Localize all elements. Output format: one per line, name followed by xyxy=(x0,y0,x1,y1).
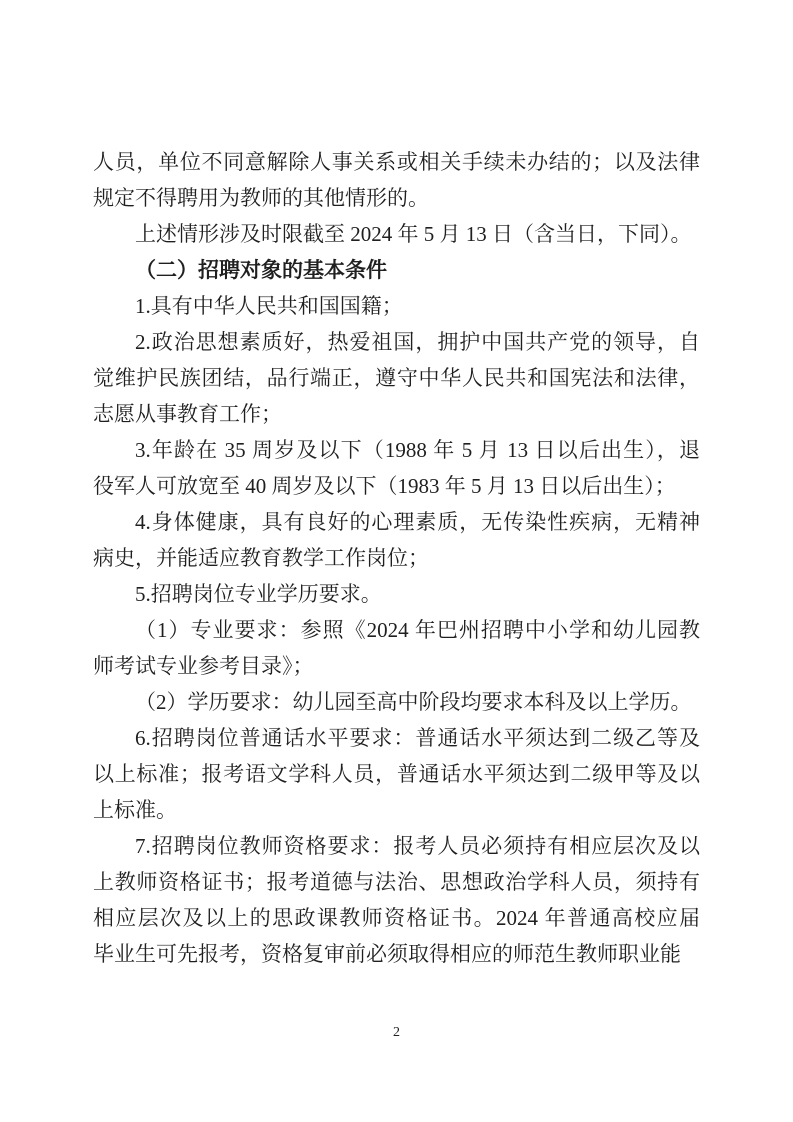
paragraph: 1.具有中华人民共和国国籍； xyxy=(93,288,700,324)
text-line: 6.招聘岗位普通话水平要求：普通话水平须达到二级乙等及 xyxy=(93,720,700,756)
text-line: 3.年龄在 35 周岁及以下（1988 年 5 月 13 日以后出生），退 xyxy=(93,432,700,468)
text-line: 觉维护民族团结，品行端正，遵守中华人民共和国宪法和法律， xyxy=(93,360,700,396)
text-line: 上教师资格证书；报考道德与法治、思想政治学科人员，须持有 xyxy=(93,864,700,900)
text-line: 相应层次及以上的思政课教师资格证书。2024 年普通高校应届 xyxy=(93,900,700,936)
text-content: 人员，单位不同意解除人事关系或相关手续未办结的；以及法律规定不得聘用为教师的其他… xyxy=(93,144,700,972)
text-line: （2）学历要求：幼儿园至高中阶段均要求本科及以上学历。 xyxy=(93,684,700,720)
paragraph: 7.招聘岗位教师资格要求：报考人员必须持有相应层次及以上教师资格证书；报考道德与… xyxy=(93,828,700,972)
text-line: 病史，并能适应教育教学工作岗位； xyxy=(93,540,700,576)
text-line: 7.招聘岗位教师资格要求：报考人员必须持有相应层次及以 xyxy=(93,828,700,864)
text-line: 人员，单位不同意解除人事关系或相关手续未办结的；以及法律 xyxy=(93,144,700,180)
paragraph: 6.招聘岗位普通话水平要求：普通话水平须达到二级乙等及以上标准；报考语文学科人员… xyxy=(93,720,700,828)
paragraph: 4.身体健康，具有良好的心理素质，无传染性疾病，无精神病史，并能适应教育教学工作… xyxy=(93,504,700,576)
paragraph: 上述情形涉及时限截至 2024 年 5 月 13 日（含当日，下同）。 xyxy=(93,216,700,252)
text-line: 上述情形涉及时限截至 2024 年 5 月 13 日（含当日，下同）。 xyxy=(93,216,700,252)
text-line: 规定不得聘用为教师的其他情形的。 xyxy=(93,180,700,216)
text-line: 志愿从事教育工作； xyxy=(93,396,700,432)
text-line: 2.政治思想素质好，热爱祖国，拥护中国共产党的领导，自 xyxy=(93,324,700,360)
text-line: 4.身体健康，具有良好的心理素质，无传染性疾病，无精神 xyxy=(93,504,700,540)
paragraph: （2）学历要求：幼儿园至高中阶段均要求本科及以上学历。 xyxy=(93,684,700,720)
paragraph: 3.年龄在 35 周岁及以下（1988 年 5 月 13 日以后出生），退役军人… xyxy=(93,432,700,504)
paragraph: （二）招聘对象的基本条件 xyxy=(93,252,700,288)
document-page: 人员，单位不同意解除人事关系或相关手续未办结的；以及法律规定不得聘用为教师的其他… xyxy=(0,0,793,1122)
page-number: 2 xyxy=(0,1024,793,1042)
text-line: 毕业生可先报考，资格复审前必须取得相应的师范生教师职业能 xyxy=(93,936,700,972)
paragraph: 5.招聘岗位专业学历要求。 xyxy=(93,576,700,612)
text-line: （1）专业要求：参照《2024 年巴州招聘中小学和幼儿园教 xyxy=(93,612,700,648)
text-line: （二）招聘对象的基本条件 xyxy=(93,252,700,288)
text-line: 以上标准；报考语文学科人员，普通话水平须达到二级甲等及以 xyxy=(93,756,700,792)
text-line: 上标准。 xyxy=(93,792,700,828)
paragraph: 人员，单位不同意解除人事关系或相关手续未办结的；以及法律规定不得聘用为教师的其他… xyxy=(93,144,700,216)
text-line: 1.具有中华人民共和国国籍； xyxy=(93,288,700,324)
paragraph: （1）专业要求：参照《2024 年巴州招聘中小学和幼儿园教师考试专业参考目录》； xyxy=(93,612,700,684)
paragraph: 2.政治思想素质好，热爱祖国，拥护中国共产党的领导，自觉维护民族团结，品行端正，… xyxy=(93,324,700,432)
text-line: 5.招聘岗位专业学历要求。 xyxy=(93,576,700,612)
text-line: 师考试专业参考目录》； xyxy=(93,648,700,684)
text-line: 役军人可放宽至 40 周岁及以下（1983 年 5 月 13 日以后出生）； xyxy=(93,468,700,504)
